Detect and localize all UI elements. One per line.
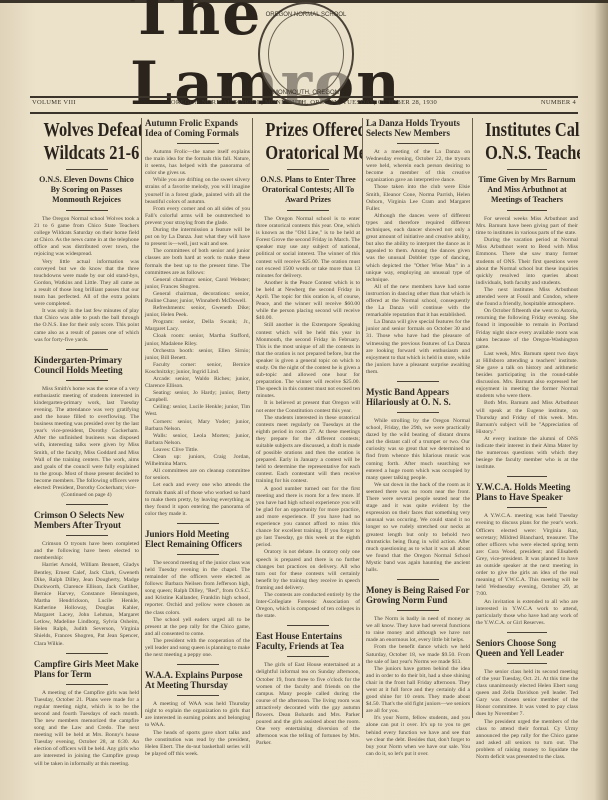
paragraph: Corners: senior, Mary Yoder; junior, Bar… (145, 419, 250, 433)
column-1: Wolves Defeat Wildcats 21-6 O.N.S. Eleve… (32, 118, 141, 798)
paragraph: Another is the Peace Contest which is to… (256, 280, 360, 323)
separator (66, 380, 108, 381)
separator (397, 610, 439, 611)
subhead: O.N.S. Eleven Downs Chico By Scoring on … (34, 175, 139, 205)
paragraph: All of the new members have had some ins… (366, 284, 470, 319)
headline: East House Entertains Faculty, Friends a… (256, 631, 360, 651)
article-body: For several weeks Miss Arbuthnot and Mrs… (476, 216, 578, 471)
article-autumn-frolic: Autumn Frolic Expands Idea of Coming For… (145, 118, 250, 518)
separator (177, 523, 219, 524)
paragraph: It is believed at present that Oregon wi… (256, 400, 360, 414)
article-institutes: Institutes Call O.N.S. Teachers Time Giv… (476, 120, 578, 471)
paragraph: Leaves: Clive Tittle. (145, 447, 250, 454)
article-body: At a meeting of the La Danza on Wednesda… (366, 149, 470, 376)
headline: Crimson O Selects New Members After Tryo… (34, 510, 139, 530)
paragraph: Both Mrs. Barnum and Miss Arbuthnot will… (476, 400, 578, 435)
paragraph: The Norm is badly in need of money as we… (366, 616, 470, 644)
paragraph: On October fifteenth she went to Astoria… (476, 308, 578, 351)
paragraph: Oratory is not debate. In oratory only o… (256, 549, 360, 592)
separator (507, 507, 548, 508)
paragraph: Still another is the Extempore Speaking … (256, 322, 360, 400)
paragraph: The school yell eaders urged all to be p… (145, 617, 250, 638)
paragraph: Orchestra booth: senior, Ellen Sirnio; j… (145, 348, 250, 362)
separator (177, 695, 219, 696)
paragraph: The heads of sports gave short talks and… (145, 730, 250, 758)
article-wolves: Wolves Defeat Wildcats 21-6 O.N.S. Eleve… (34, 120, 139, 344)
issue-number: NUMBER 4 (541, 99, 576, 106)
paragraph: During the vacation period at Normal Mis… (476, 237, 578, 287)
paragraph: From the benefit dance which we held Sat… (366, 644, 470, 665)
separator (66, 210, 108, 211)
separator (397, 579, 439, 580)
article-body: The Oregon Normal school Wolves took a 2… (34, 216, 139, 344)
seal-text-top: OREGON NORMAL SCHOOL (260, 12, 352, 18)
paragraph: It's your Norm, fellow students, and you… (366, 715, 470, 758)
separator (177, 554, 219, 555)
article-body: While strolling by the Oregon Normal sch… (366, 418, 470, 574)
article-campfire: Campfire Girls Meet Make Plans for Term … (34, 659, 139, 768)
paragraph: At every institute the alumni of ONS ind… (476, 436, 578, 471)
paragraph: Arcade: senior, Waldo Riches; junior, Cl… (145, 376, 250, 390)
paragraph: A good number turned out for the first m… (256, 486, 360, 550)
paragraph: While strolling by the Oregon Normal sch… (366, 418, 470, 482)
headline: Mystic Band Appears Hilariously at O. N.… (366, 387, 470, 407)
article-body: Autumn Frolic—the name itself explains t… (145, 149, 250, 518)
seal-inner-ring (268, 12, 344, 96)
headline-line: O.N.S. Teachers (485, 143, 569, 164)
separator (507, 632, 548, 633)
separator (287, 169, 329, 170)
article-body: A meeting of the Campfire girls was held… (34, 690, 139, 768)
paragraph: A meeting of WAA was held Thursday night… (145, 701, 250, 729)
dateline-center: OREGON NORMAL SCHOOL, MONMOUTH, OREGON, … (30, 99, 578, 106)
headline: Campfire Girls Meet Make Plans for Term (34, 659, 139, 679)
paragraph: A meeting of the Campfire girls was held… (34, 690, 139, 768)
paragraph: Ceiling: senior, Lucile Henkle; junior, … (145, 404, 250, 418)
paragraph: Walls: senior, Leola Morten; junior, Bar… (145, 433, 250, 447)
subhead: Time Given by Mrs Barnum And Miss Arbuth… (476, 175, 578, 205)
headline: Seniors Choose Song Queen and Yell Leade… (476, 638, 578, 658)
headline: Juniors Hold Meeting Elect Remaining Off… (145, 529, 250, 549)
paragraph: It was only in the last few minutes of p… (34, 308, 139, 343)
column-2: Autumn Frolic Expands Idea of Coming For… (143, 118, 252, 798)
paragraph: A Y.W.C.A. meeting was held Tuesday even… (476, 513, 578, 598)
separator (66, 653, 108, 654)
separator (507, 210, 548, 211)
paragraph: Very little actual information was conve… (34, 259, 139, 309)
separator (287, 656, 329, 657)
separator (507, 169, 548, 170)
paragraph: General chairman, decorations: senior, P… (145, 291, 250, 305)
paragraph: The Oregon Normal school Wolves took a 2… (34, 216, 139, 259)
paragraph: The president urged the members of the c… (476, 719, 578, 762)
masthead: The Lamron OREGON NORMAL SCHOOL MONMOUTH… (0, 0, 608, 96)
paragraph: An invitation is extended to all who are… (476, 599, 578, 627)
paragraph: Clean up: juniors, Craig Jordan, Wilhelm… (145, 454, 250, 468)
paragraph: At a meeting of the La Danza on Wednesda… (366, 149, 470, 184)
paragraph: General chairman: senior, Carol Webster;… (145, 277, 250, 291)
paragraph: Although the dances were of different ty… (366, 213, 470, 284)
paragraph: The girls of East House entertained at a… (256, 662, 360, 747)
column-rule (362, 118, 363, 718)
dateline-rule (30, 112, 578, 114)
headline: Kindergarten-Primary Council Holds Meeti… (34, 355, 139, 375)
separator (177, 664, 219, 665)
separator (66, 535, 108, 536)
paragraph: Miss Smith's home was the scene of a ver… (34, 386, 139, 492)
paragraph: Refreshments: senior, Gweneth Dike; juni… (145, 305, 250, 319)
paragraph: The next institutes Miss Arbuthnot atten… (476, 287, 578, 308)
separator (177, 143, 219, 144)
separator (287, 210, 329, 211)
page-shadow (594, 0, 608, 800)
article-crimson: Crimson O Selects New Members After Tryo… (34, 510, 139, 647)
paragraph: For several weeks Miss Arbuthnot and Mrs… (476, 216, 578, 237)
article-body: The girls of East House entertained at a… (256, 662, 360, 747)
paragraph: The Oregon Normal school is to enter thr… (256, 216, 360, 280)
separator (507, 663, 548, 664)
separator (397, 143, 439, 144)
headline: La Danza Holds Tryouts Selects New Membe… (366, 118, 470, 138)
paragraph: The president with the cooperation of th… (145, 638, 250, 659)
article-body: The senior class held its second meeting… (476, 669, 578, 761)
headline: Money is Being Raised For Growing Norm F… (366, 585, 470, 605)
article-kindergarten: Kindergarten-Primary Council Holds Meeti… (34, 355, 139, 500)
paragraph: The students interested in these oratori… (256, 415, 360, 486)
article-seniors: Seniors Choose Song Queen and Yell Leade… (476, 638, 578, 761)
article-body: The Oregon Normal school is to enter thr… (256, 216, 360, 620)
paragraph: During the intermission a feature will b… (145, 227, 250, 248)
column-rule (252, 118, 253, 718)
article-ywca: Y.W.C.A. Holds Meeting Plans to Have Spe… (476, 482, 578, 627)
column-rule (141, 118, 142, 718)
paragraph: We sat down in the back of the room as i… (366, 482, 470, 574)
paragraph: The senior class held its second meeting… (476, 669, 578, 719)
headline-line: Prizes Offered In (265, 120, 350, 141)
article-juniors: Juniors Hold Meeting Elect Remaining Off… (145, 529, 250, 659)
paragraph: Autumn Frolic—the name itself explains t… (145, 149, 250, 177)
headline-line: Institutes Call (485, 120, 569, 141)
paragraph: Last week, Mrs. Barnum spent two days at… (476, 351, 578, 401)
headline-line: Oratorical Meet (265, 143, 350, 164)
headline: W.A.A. Explains Purpose At Meeting Thurs… (145, 670, 250, 690)
headline: Autumn Frolic Expands Idea of Coming For… (145, 118, 250, 138)
paragraph: The committees of both senior and junior… (145, 248, 250, 276)
paragraph: La Danza will give special features for … (366, 319, 470, 376)
column-rule (472, 118, 473, 718)
dateline: VOLUME VIII OREGON NORMAL SCHOOL, MONMOU… (30, 99, 578, 111)
paragraph: Harriet Arnold, William Bennett, Gladys … (34, 562, 139, 647)
article-norm-fund: Money is Being Raised For Growing Norm F… (366, 585, 470, 758)
paragraph: The contests are conducted entirely by t… (256, 592, 360, 620)
paragraph: The second meeting of the junior class w… (145, 560, 250, 617)
article-waa: W.A.A. Explains Purpose At Meeting Thurs… (145, 670, 250, 758)
article-mystic-band: Mystic Band Appears Hilariously at O. N.… (366, 387, 470, 574)
paragraph: The juniors have gotten behind the idea … (366, 666, 470, 716)
column-3: Prizes Offered In Oratorical Meet O.N.S.… (254, 118, 362, 798)
masthead-rule (30, 96, 578, 98)
separator (66, 349, 108, 350)
headline-line: Wolves Defeat (43, 120, 129, 141)
paragraph: While you are drifting on the sweet silv… (145, 177, 250, 205)
separator (397, 381, 439, 382)
article-prizes: Prizes Offered In Oratorical Meet O.N.S.… (256, 120, 360, 620)
article-body: A meeting of WAA was held Thursday night… (145, 701, 250, 758)
subhead: O.N.S. Plans to Enter Three Oratorical C… (256, 175, 360, 205)
article-body: Crimson O tryouts have been completed an… (34, 541, 139, 647)
article-east-house: East House Entertains Faculty, Friends a… (256, 631, 360, 747)
paragraph: Cloak room: senior, Martha Stafford, jun… (145, 333, 250, 347)
paragraph: Crimson O tryouts have been completed an… (34, 541, 139, 562)
paragraph: Seating: senior, Jo Hardy; junior, Betty… (145, 390, 250, 404)
separator (397, 412, 439, 413)
column-4: La Danza Holds Tryouts Selects New Membe… (364, 118, 472, 798)
headline: Y.W.C.A. Holds Meeting Plans to Have Spe… (476, 482, 578, 502)
column-5: Institutes Call O.N.S. Teachers Time Giv… (474, 118, 580, 798)
separator (66, 684, 108, 685)
continued-note: (Continued on page 4) (34, 492, 139, 499)
separator (507, 476, 548, 477)
paragraph: Faculty corner: senior, Bernice Koschnit… (145, 362, 250, 376)
paragraph: Let each and every one who attends the f… (145, 482, 250, 517)
article-body: The Norm is badly in need of money as we… (366, 616, 470, 758)
separator (66, 169, 108, 170)
paragraph: From every corner and on all sides of yo… (145, 206, 250, 227)
paragraph: Those taken into the club were Elsie Smi… (366, 184, 470, 212)
newspaper-page: The Lamron OREGON NORMAL SCHOOL MONMOUTH… (0, 0, 608, 800)
article-body: A Y.W.C.A. meeting was held Tuesday even… (476, 513, 578, 627)
separator (287, 625, 329, 626)
article-body: Miss Smith's home was the scene of a ver… (34, 386, 139, 500)
headline-line: Wildcats 21-6 (43, 143, 129, 164)
paragraph: All committees are on cleanup committee … (145, 468, 250, 482)
article-body: The second meeting of the junior class w… (145, 560, 250, 659)
article-la-danza: La Danza Holds Tryouts Selects New Membe… (366, 118, 470, 376)
separator (66, 504, 108, 505)
school-seal-icon: OREGON NORMAL SCHOOL MONMOUTH, OREGON (258, 2, 354, 106)
paragraph: Program: senior, Della Swank; Jr., Marga… (145, 319, 250, 333)
